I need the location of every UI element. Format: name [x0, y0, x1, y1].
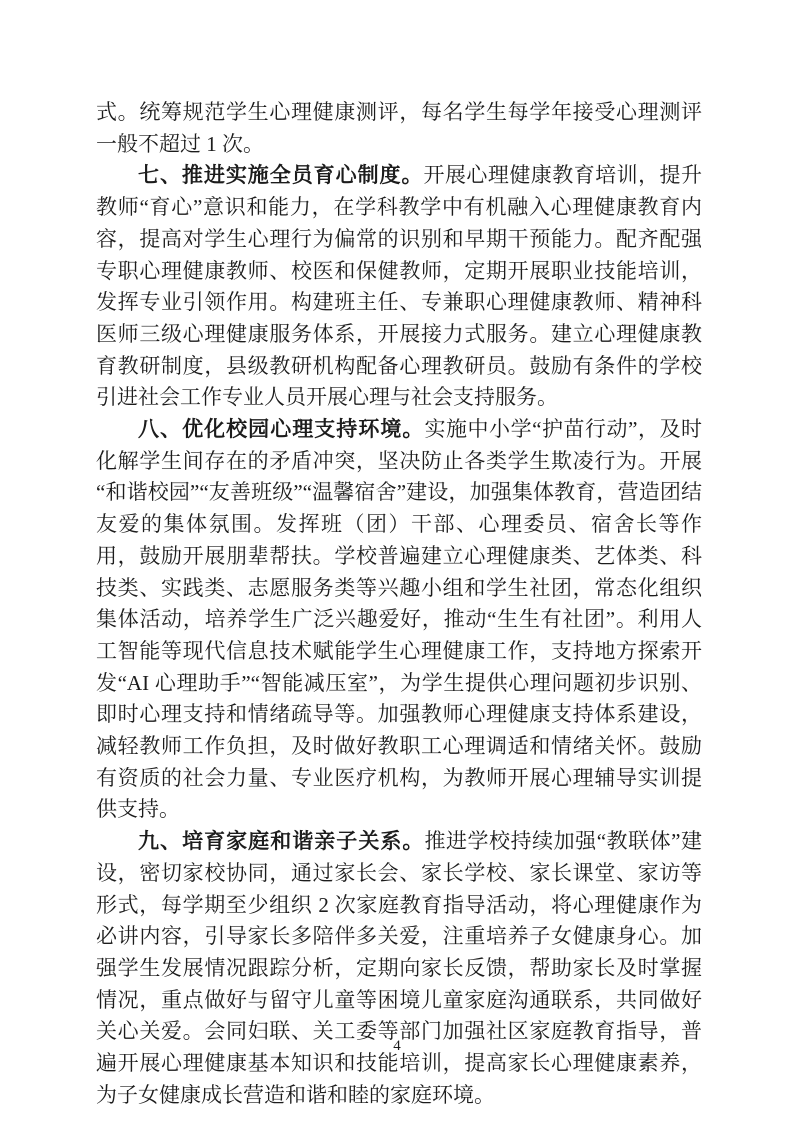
- section-7-heading: 七、推进实施全员育心制度。: [138, 164, 423, 187]
- section-9-paragraph: 九、培育家庭和谐亲子关系。推进学校持续加强“教联体”建设，密切家校协同，通过家长…: [96, 826, 702, 1111]
- section-8-paragraph: 八、优化校园心理支持环境。实施中小学“护苗行动”，及时化解学生间存在的矛盾冲突，…: [96, 414, 702, 826]
- section-9-body: 推进学校持续加强“教联体”建设，密切家校协同，通过家长会、家长学校、家长课堂、家…: [96, 829, 702, 1107]
- section-7-paragraph: 七、推进实施全员育心制度。开展心理健康教育培训，提升教师“育心”意识和能力，在学…: [96, 160, 702, 414]
- section-8-body: 实施中小学“护苗行动”，及时化解学生间存在的矛盾冲突，坚决防止各类学生欺凌行为。…: [96, 417, 702, 821]
- paragraph-continuation: 式。统筹规范学生心理健康测评，每名学生每学年接受心理测评一般不超过 1 次。: [96, 97, 702, 160]
- section-7-body: 开展心理健康教育培训，提升教师“育心”意识和能力，在学科教学中有机融入心理健康教…: [96, 163, 702, 409]
- document-page: 式。统筹规范学生心理健康测评，每名学生每学年接受心理测评一般不超过 1 次。 七…: [0, 0, 794, 1122]
- section-8-heading: 八、优化校园心理支持环境。: [138, 418, 424, 441]
- section-9-heading: 九、培育家庭和谐亲子关系。: [138, 830, 424, 853]
- document-content: 式。统筹规范学生心理健康测评，每名学生每学年接受心理测评一般不超过 1 次。 七…: [96, 97, 702, 1112]
- page-number: 4: [393, 1038, 401, 1054]
- page-footer: 4: [0, 1037, 794, 1055]
